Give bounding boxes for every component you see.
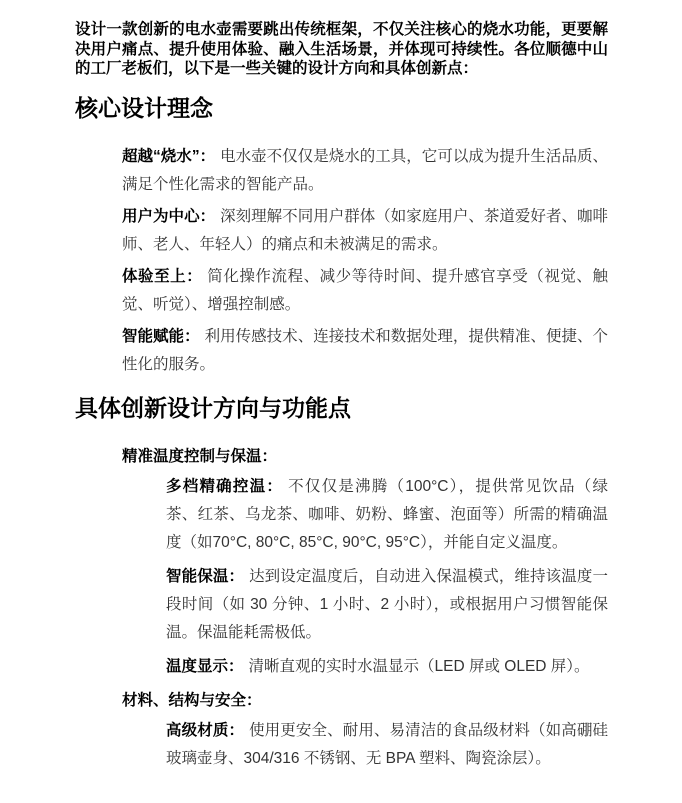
list-item: 多档精确控温：不仅仅是沸腾（100°C），提供常见饮品（绿茶、红茶、乌龙茶、咖啡… [75, 473, 608, 557]
item-lead: 多档精确控温： [166, 478, 283, 495]
list-item: 智能赋能：利用传感技术、连接技术和数据处理，提供精准、便捷、个性化的服务。 [75, 323, 608, 379]
item-lead: 材料、结构与安全： [122, 692, 262, 709]
list-item: 体验至上：简化操作流程、减少等待时间、提升感官享受（视觉、触觉、听觉）、增强控制… [75, 263, 608, 319]
list-item: 超越“烧水”：电水壶不仅仅是烧水的工具，它可以成为提升生活品质、满足个性化需求的… [75, 143, 608, 199]
group-lead-materials-safety: 材料、结构与安全： [75, 687, 608, 715]
heading-specific-innovation-directions: 具体创新设计方向与功能点 [75, 394, 608, 423]
item-lead: 精准温度控制与保温： [122, 448, 277, 465]
innovation-list: 精准温度控制与保温： 多档精确控温：不仅仅是沸腾（100°C），提供常见饮品（绿… [75, 443, 608, 773]
list-item: 温度显示：清晰直观的实时水温显示（LED 屏或 OLED 屏）。 [75, 653, 608, 681]
intro-paragraph: 设计一款创新的电水壶需要跳出传统框架，不仅关注核心的烧水功能，更要解决用户痛点、… [75, 20, 608, 79]
core-philosophy-list: 超越“烧水”：电水壶不仅仅是烧水的工具，它可以成为提升生活品质、满足个性化需求的… [75, 143, 608, 379]
heading-core-design-philosophy: 核心设计理念 [75, 94, 608, 123]
item-lead: 超越“烧水”： [122, 148, 215, 165]
group-lead-temperature-control: 精准温度控制与保温： [75, 443, 608, 471]
list-item: 用户为中心：深刻理解不同用户群体（如家庭用户、茶道爱好者、咖啡师、老人、年轻人）… [75, 203, 608, 259]
item-lead: 智能保温： [166, 568, 244, 585]
item-text: 清晰直观的实时水温显示（LED 屏或 OLED 屏）。 [249, 658, 590, 675]
list-item: 高级材质：使用更安全、耐用、易清洁的食品级材料（如高硼硅玻璃壶身、304/316… [75, 717, 608, 773]
item-lead: 体验至上： [122, 268, 202, 285]
list-item: 智能保温：达到设定温度后，自动进入保温模式，维持该温度一段时间（如 30 分钟、… [75, 563, 608, 647]
item-lead: 智能赋能： [122, 328, 200, 345]
document: 设计一款创新的电水壶需要跳出传统框架，不仅关注核心的烧水功能，更要解决用户痛点、… [0, 0, 682, 773]
item-lead: 温度显示： [166, 658, 244, 675]
item-lead: 高级材质： [166, 722, 244, 739]
item-lead: 用户为中心： [122, 208, 215, 225]
